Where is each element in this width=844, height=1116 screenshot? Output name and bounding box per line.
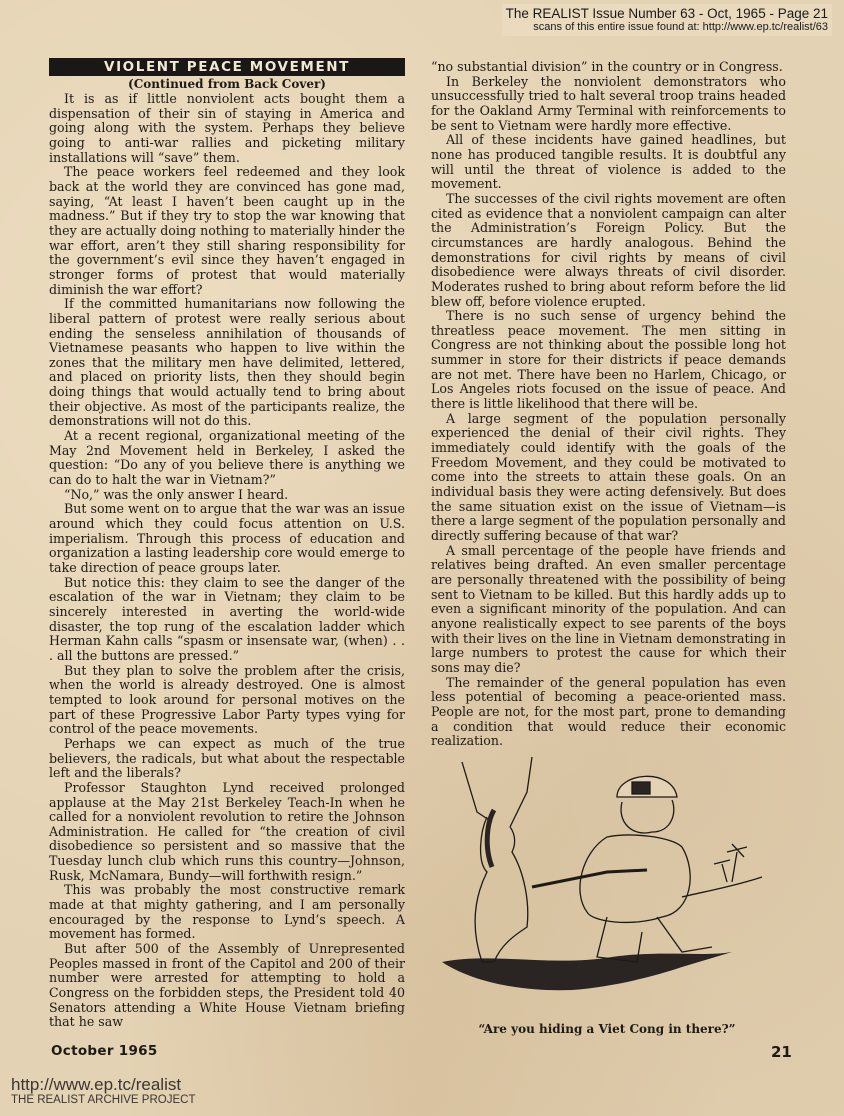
flag-icon: [632, 782, 650, 794]
paragraph: This was probably the most constructive …: [49, 883, 405, 942]
page-number: 21: [771, 1043, 792, 1061]
paragraph: A small percentage of the people have fr…: [431, 544, 786, 676]
paragraph: But some went on to argue that the war w…: [49, 502, 405, 575]
right-column: “no substantial division” in the country…: [431, 60, 786, 749]
palm-tree-icon: [682, 844, 762, 897]
archive-project-label: THE REALIST ARCHIVE PROJECT: [11, 1094, 195, 1107]
article-subtitle: (Continued from Back Cover): [49, 77, 405, 92]
paragraph: But they plan to solve the problem after…: [49, 664, 405, 737]
woman-figure: [462, 757, 532, 962]
continuation-paragraph: “no substantial division” in the country…: [431, 60, 786, 75]
paragraph: The remainder of the general population …: [431, 676, 786, 749]
paragraph: There is no such sense of urgency behind…: [431, 309, 786, 412]
left-column: VIOLENT PEACE MOVEMENT (Continued from B…: [49, 58, 405, 1030]
paragraph: If the committed humanitarians now follo…: [49, 297, 405, 429]
cartoon-illustration: [432, 752, 782, 992]
paragraph: But after 500 of the Assembly of Unrepre…: [49, 942, 405, 1030]
paragraph: Perhaps we can expect as much of the tru…: [49, 737, 405, 781]
archive-watermark: http://www.ep.tc/realist THE REALIST ARC…: [11, 1076, 195, 1107]
paragraph: The peace workers feel redeemed and they…: [49, 165, 405, 297]
paragraph: In Berkeley the nonviolent demonstrators…: [431, 75, 786, 134]
paragraph: It is as if little nonviolent acts bough…: [49, 92, 405, 165]
paragraph: But notice this: they claim to see the d…: [49, 576, 405, 664]
paragraph: Professor Staughton Lynd received prolon…: [49, 781, 405, 884]
archive-url-link[interactable]: http://www.ep.tc/realist: [11, 1076, 195, 1094]
left-column-paragraphs: It is as if little nonviolent acts bough…: [49, 92, 405, 1030]
paragraph: The successes of the civil rights moveme…: [431, 192, 786, 309]
archive-scan-link[interactable]: scans of this entire issue found at: htt…: [506, 21, 828, 34]
cartoon-caption: “Are you hiding a Viet Cong in there?”: [432, 1022, 782, 1036]
ground-shadow: [442, 952, 732, 990]
footer-date: October 1965: [51, 1043, 158, 1059]
right-column-paragraphs: In Berkeley the nonviolent demonstrators…: [431, 75, 786, 749]
paragraph: At a recent regional, organizational mee…: [49, 429, 405, 488]
soldier-figure: [532, 776, 712, 962]
paragraph: “No,” was the only answer I heard.: [49, 488, 405, 503]
paragraph: All of these incidents have gained headl…: [431, 133, 786, 192]
article-title: VIOLENT PEACE MOVEMENT: [49, 58, 405, 76]
archive-header: The REALIST Issue Number 63 - Oct, 1965 …: [502, 4, 832, 36]
paragraph: A large segment of the population person…: [431, 412, 786, 544]
archive-issue-label: The REALIST Issue Number 63 - Oct, 1965 …: [506, 6, 828, 21]
